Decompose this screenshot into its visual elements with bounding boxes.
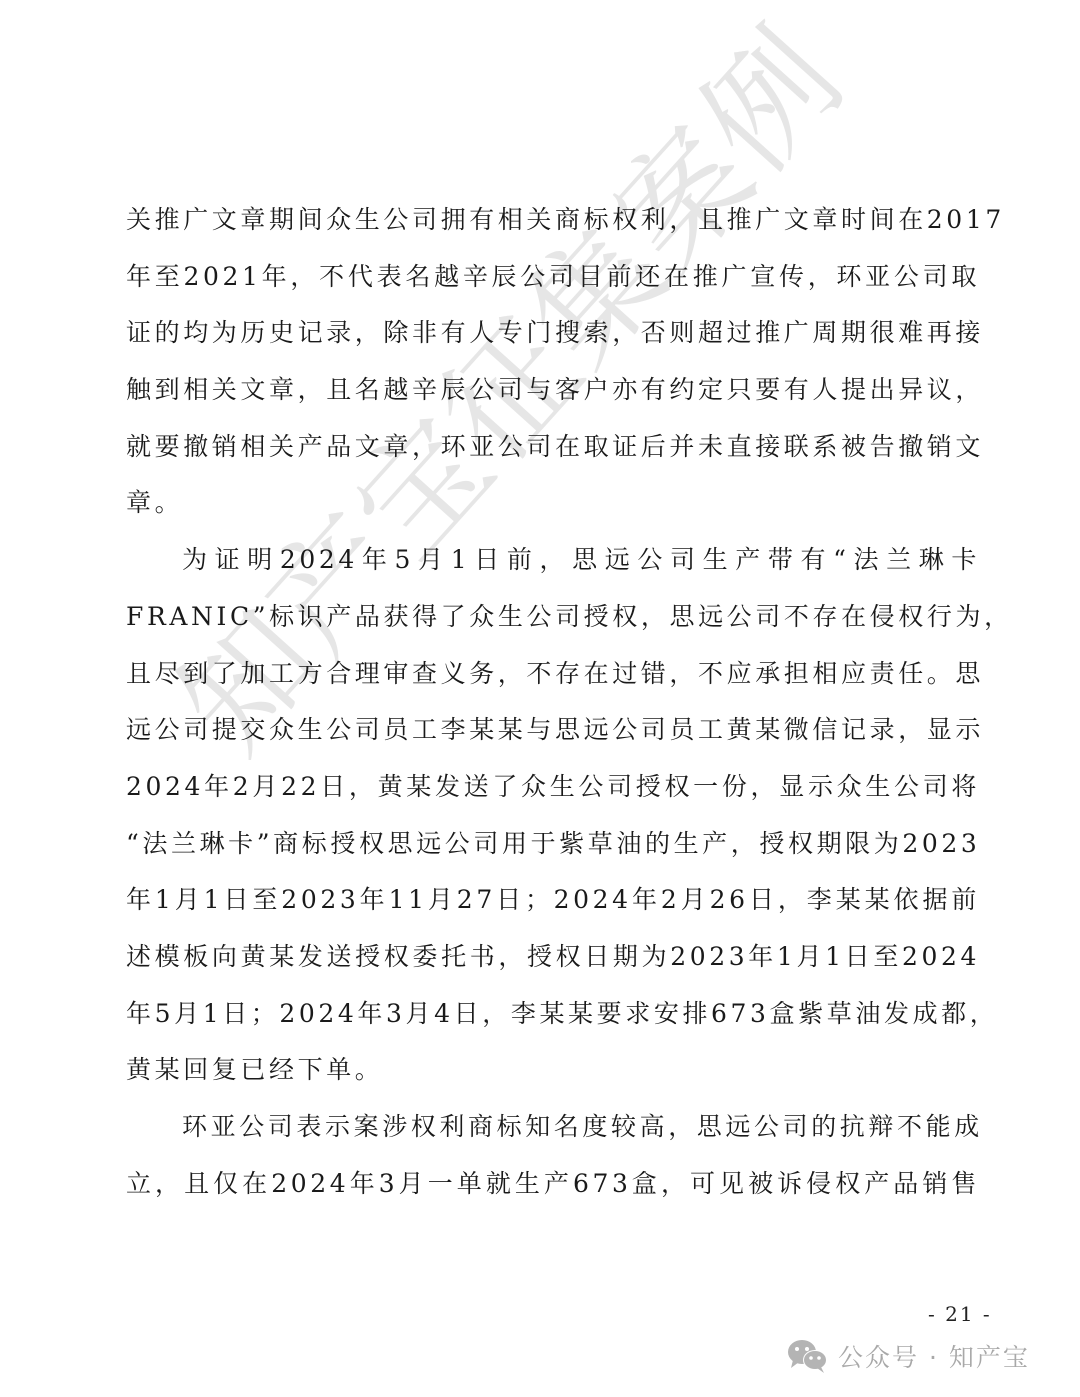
document-page: 知产宝征集案例 关推广文章期间众生公司拥有相关商标权利，且推广文章时间在2017… [0,0,1080,1397]
text-line: 触到相关文章，且名越辛辰公司与客户亦有约定只要有人提出异议， [126,362,980,419]
page-number: - 21 - [928,1302,992,1326]
text-line: 述模板向黄某发送授权委托书，授权日期为2023年1月1日至2024 [126,929,980,986]
text-line: FRANIC”标识产品获得了众生公司授权，思远公司不存在侵权行为， [126,589,980,646]
text-line: 证的均为历史记录，除非有人专门搜索，否则超过推广周期很难再接 [126,305,980,362]
wechat-icon [786,1338,830,1374]
body-text: 关推广文章期间众生公司拥有相关商标权利，且推广文章时间在2017 年至2021年… [126,192,980,1212]
text-line: 关推广文章期间众生公司拥有相关商标权利，且推广文章时间在2017 [126,192,980,249]
text-line: 黄某回复已经下单。 [126,1042,980,1099]
brand-text: 公众号 · 知产宝 [838,1338,1030,1374]
text-line: 年至2021年，不代表名越辛辰公司目前还在推广宣传，环亚公司取 [126,249,980,306]
text-line: 环亚公司表示案涉权利商标知名度较高，思远公司的抗辩不能成 [126,1099,980,1156]
text-line: 为证明2024年5月1日前，思远公司生产带有“法兰琳卡 [126,532,980,589]
text-line: 就要撤销相关产品文章，环亚公司在取证后并未直接联系被告撤销文 [126,419,980,476]
text-line: 且尽到了加工方合理审查义务，不存在过错，不应承担相应责任。思 [126,646,980,703]
text-line: 2024年2月22日，黄某发送了众生公司授权一份，显示众生公司将 [126,759,980,816]
text-line: 章。 [126,475,980,532]
text-line: “法兰琳卡”商标授权思远公司用于紫草油的生产，授权期限为2023 [126,816,980,873]
footer-brand: 公众号 · 知产宝 [786,1338,1030,1374]
text-line: 年1月1日至2023年11月27日；2024年2月26日，李某某依据前 [126,872,980,929]
text-line: 远公司提交众生公司员工李某某与思远公司员工黄某微信记录，显示 [126,702,980,759]
text-line: 年5月1日；2024年3月4日，李某某要求安排673盒紫草油发成都， [126,986,980,1043]
text-line: 立，且仅在2024年3月一单就生产673盒，可见被诉侵权产品销售 [126,1156,980,1213]
